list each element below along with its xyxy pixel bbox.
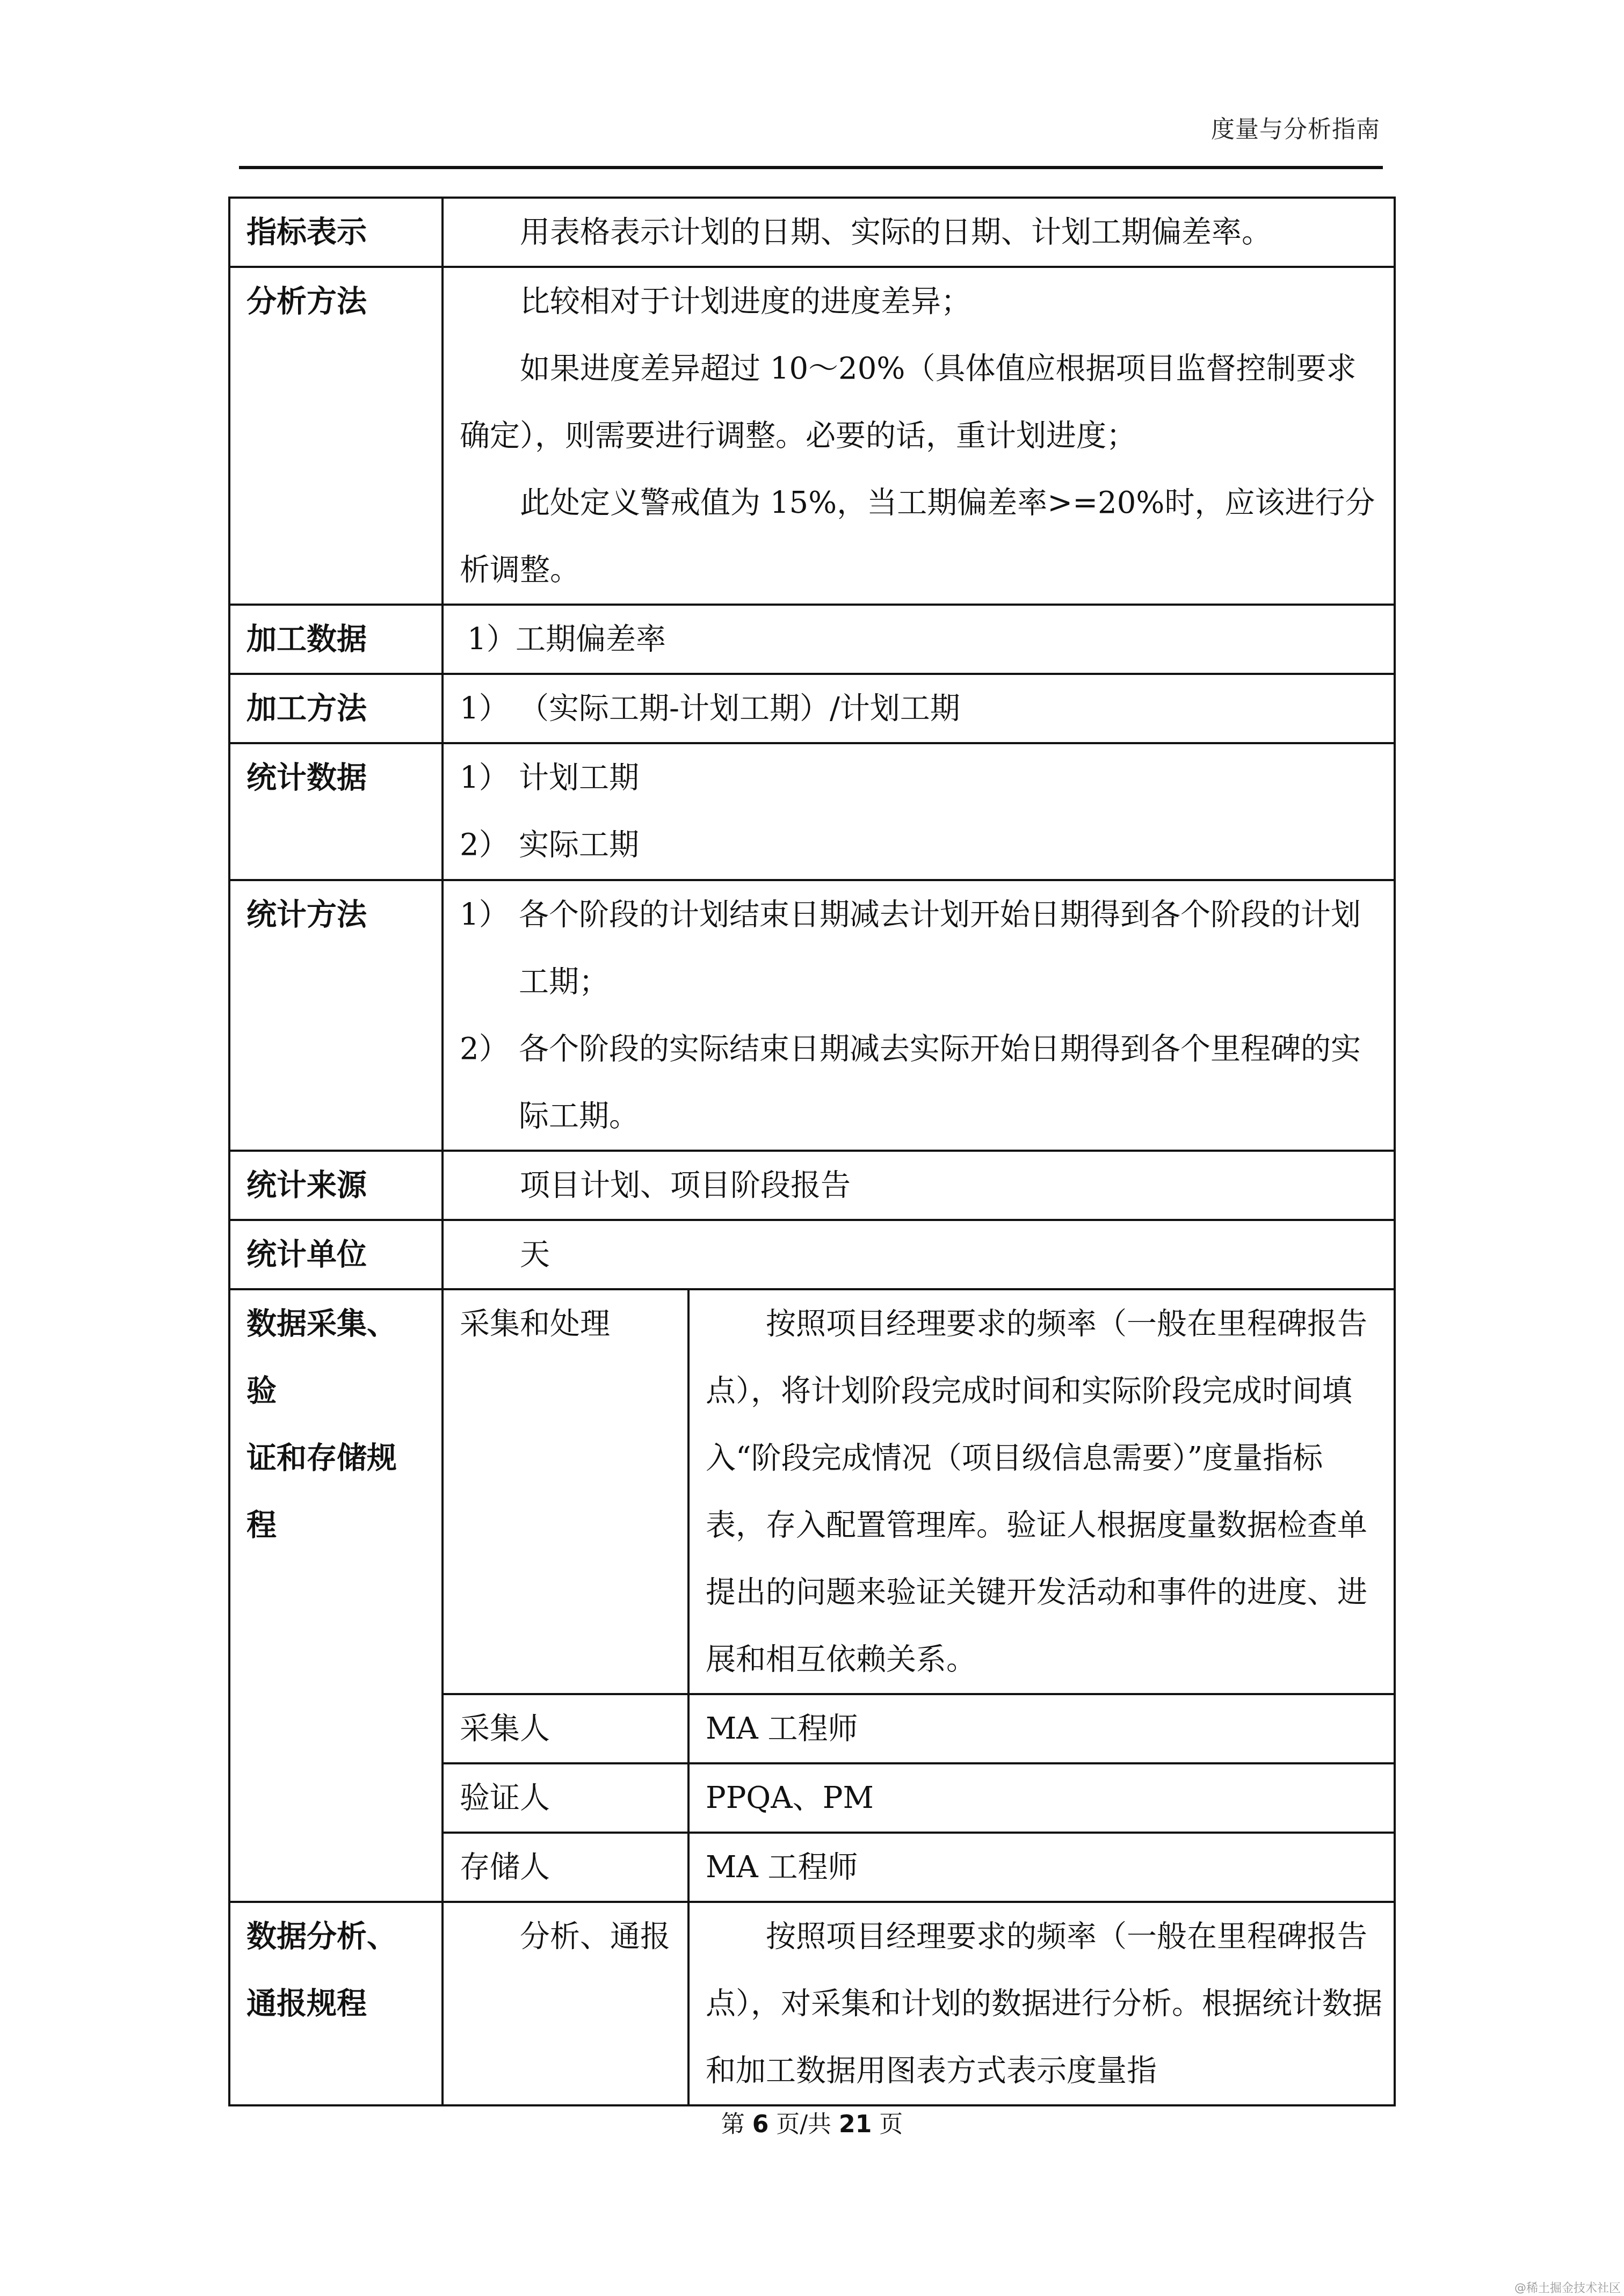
table-row-data-analysis: 数据分析、 通报规程 分析、通报 按照项目经理要求的频率（一般在里程碑报告点），… [229,1902,1395,2105]
list-text: 实际工期 [519,811,1383,878]
table-row-processed-data: 加工数据 1） 工期偏差率 [229,605,1395,674]
list-number: 1） [460,881,519,1015]
row-label: 数据分析、 通报规程 [229,1902,443,2105]
watermark: @稀土掘金技术社区 [1514,2279,1621,2295]
list-number: 2） [460,811,519,878]
row-label: 指标表示 [229,198,443,267]
paragraph: 天 [460,1221,1383,1288]
sub-row-content: 按照项目经理要求的频率（一般在里程碑报告点），将计划阶段完成时间和实际阶段完成时… [688,1289,1395,1694]
label-line: 验 [247,1357,441,1425]
list-text: 计划工期 [519,744,1383,811]
current-page-number: 6 [745,2111,777,2138]
row-content: 天 [443,1220,1395,1289]
footer-suffix: 页 [879,2111,903,2138]
document-header-title: 度量与分析指南 [1187,110,1380,144]
sub-row-content: 按照项目经理要求的频率（一般在里程碑报告点），对采集和计划的数据进行分析。根据统… [688,1902,1395,2105]
list-item: 2） 实际工期 [460,811,1383,878]
footer-prefix: 第 [721,2111,745,2138]
list-text: 工期偏差率 [516,606,1383,673]
list-text: 各个阶段的计划结束日期减去计划开始日期得到各个阶段的计划工期； [519,881,1383,1015]
row-label: 统计单位 [229,1220,443,1289]
paragraph: 此处定义警戒值为 15%，当工期偏差率>=20%时，应该进行分析调整。 [460,469,1383,604]
row-content: 用表格表示计划的日期、实际的日期、计划工期偏差率。 [443,198,1395,267]
row-content: 1） 各个阶段的计划结束日期减去计划开始日期得到各个阶段的计划工期； 2） 各个… [443,880,1395,1151]
label-line: 通报规程 [247,1970,441,2037]
metric-definition-table: 指标表示 用表格表示计划的日期、实际的日期、计划工期偏差率。 分析方法 比较相对… [228,197,1396,2106]
row-label: 加工数据 [229,605,443,674]
row-label: 统计来源 [229,1151,443,1220]
row-label: 统计方法 [229,880,443,1151]
list-item: 2） 各个阶段的实际结束日期减去实际开始日期得到各个里程碑的实际工期。 [460,1015,1383,1150]
table-row-indicator-representation: 指标表示 用表格表示计划的日期、实际的日期、计划工期偏差率。 [229,198,1395,267]
table-row-data-collection: 数据采集、 验 证和存储规 程 采集和处理 按照项目经理要求的频率（一般在里程碑… [229,1289,1395,1694]
sub-row-value: MA 工程师 [688,1694,1395,1763]
paragraph: 用表格表示计划的日期、实际的日期、计划工期偏差率。 [460,199,1383,266]
row-content: 项目计划、项目阶段报告 [443,1151,1395,1220]
paragraph: 按照项目经理要求的频率（一般在里程碑报告点），将计划阶段完成时间和实际阶段完成时… [706,1290,1383,1693]
sub-row-value: PPQA、PM [688,1763,1395,1833]
label-line: 数据采集、 [247,1290,441,1357]
paragraph: 如果进度差异超过 10～20%（具体值应根据项目监督控制要求确定），则需要进行调… [460,335,1383,469]
list-item: 1） （实际工期-计划工期）/计划工期 [460,675,1383,742]
row-label: 分析方法 [229,267,443,605]
paragraph: 分析、通报 [460,1903,677,1970]
sub-row-value: MA 工程师 [688,1833,1395,1902]
sub-row-label: 存储人 [443,1833,688,1902]
list-number: 1） [460,606,516,673]
row-label: 统计数据 [229,743,443,880]
table-row-statistical-data: 统计数据 1） 计划工期 2） 实际工期 [229,743,1395,880]
label-line: 数据分析、 [247,1903,441,1970]
row-content: 1） 工期偏差率 [443,605,1395,674]
row-content: 比较相对于计划进度的进度差异； 如果进度差异超过 10～20%（具体值应根据项目… [443,267,1395,605]
list-text: 各个阶段的实际结束日期减去实际开始日期得到各个里程碑的实际工期。 [519,1015,1383,1150]
list-item: 1） 工期偏差率 [460,606,1383,673]
table-row-analysis-method: 分析方法 比较相对于计划进度的进度差异； 如果进度差异超过 10～20%（具体值… [229,267,1395,605]
row-content: 1） 计划工期 2） 实际工期 [443,743,1395,880]
list-item: 1） 各个阶段的计划结束日期减去计划开始日期得到各个阶段的计划工期； [460,881,1383,1015]
footer-mid: 页/共 [776,2111,831,2138]
list-item: 1） 计划工期 [460,744,1383,811]
list-number: 2） [460,1015,519,1150]
table-row-statistical-method: 统计方法 1） 各个阶段的计划结束日期减去计划开始日期得到各个阶段的计划工期； … [229,880,1395,1151]
list-number: 1） [460,675,519,742]
page-footer: 第6页/共21页 [0,2105,1624,2139]
total-page-count: 21 [831,2111,879,2138]
paragraph: 比较相对于计划进度的进度差异； [460,268,1383,335]
header-divider [239,166,1383,169]
row-label: 数据采集、 验 证和存储规 程 [229,1289,443,1902]
paragraph: 项目计划、项目阶段报告 [460,1152,1383,1219]
row-label: 加工方法 [229,674,443,743]
sub-row-label: 采集和处理 [443,1289,688,1694]
sub-row-label: 采集人 [443,1694,688,1763]
paragraph: 按照项目经理要求的频率（一般在里程碑报告点），对采集和计划的数据进行分析。根据统… [706,1903,1383,2104]
sub-row-label: 分析、通报 [443,1902,688,2105]
table-row-processing-method: 加工方法 1） （实际工期-计划工期）/计划工期 [229,674,1395,743]
table-row-statistical-source: 统计来源 项目计划、项目阶段报告 [229,1151,1395,1220]
list-number: 1） [460,744,519,811]
label-line: 证和存储规 [247,1425,441,1492]
row-content: 1） （实际工期-计划工期）/计划工期 [443,674,1395,743]
sub-row-label: 验证人 [443,1763,688,1833]
table-row-statistical-unit: 统计单位 天 [229,1220,1395,1289]
label-line: 程 [247,1492,441,1559]
list-text: （实际工期-计划工期）/计划工期 [519,675,1383,742]
